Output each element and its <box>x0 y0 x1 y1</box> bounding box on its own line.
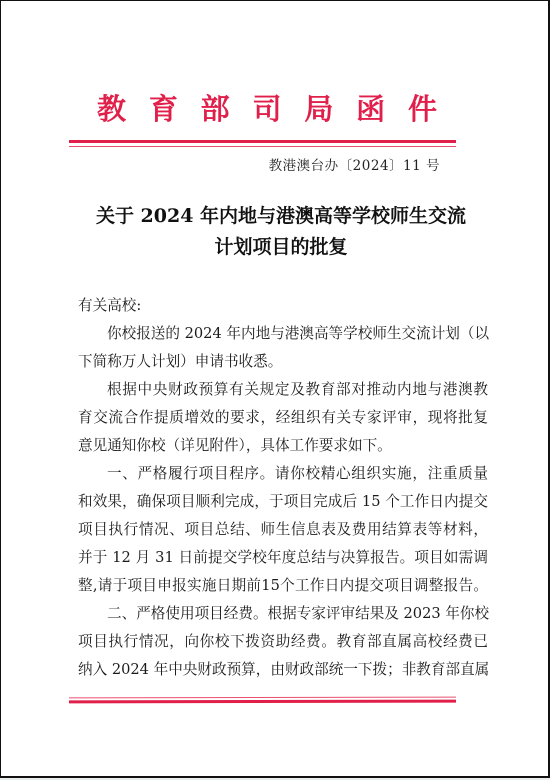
document-body: 有关高校: 你校报送的 2024 年内地与港澳高等学校师生交流计划（以 下简称万… <box>78 292 488 684</box>
document-page: 教 育 部 司 局 函 件 教港澳台办〔2024〕11 号 关于 2024 年内… <box>0 0 550 778</box>
body-line: 项目执行情况、项目总结、师生信息表及费用结算表等材料， <box>78 516 488 544</box>
title-line-1: 关于 2024 年内地与港澳高等学校师生交流 <box>61 201 501 232</box>
letterhead-char: 局 <box>304 91 333 127</box>
paragraph-3: 一、严格履行项目程序。请你校精心组织实施，注重质量 和效果，确保项目顺利完成，于… <box>78 460 488 600</box>
body-line: 一、严格履行项目程序。请你校精心组织实施，注重质量 <box>78 460 488 488</box>
paragraph-1: 你校报送的 2024 年内地与港澳高等学校师生交流计划（以 下简称万人计划）申请… <box>78 320 488 376</box>
footer-rule-thin <box>69 697 456 699</box>
header-rule-thick <box>69 140 456 143</box>
title-line-2: 计划项目的批复 <box>61 232 501 263</box>
footer-rule-thick <box>69 700 456 704</box>
body-line: 项目执行情况，向你校下拨资助经费。教育部直属高校经费已 <box>78 628 488 656</box>
document-number: 教港澳台办〔2024〕11 号 <box>269 156 440 176</box>
body-line: 下简称万人计划）申请书收悉。 <box>78 348 488 376</box>
body-line: 二、严格使用项目经费。根据专家评审结果及 2023 年你校 <box>78 600 488 628</box>
letterhead-char: 教 <box>97 91 126 127</box>
letterhead-char: 函 <box>356 91 385 127</box>
paragraph-4: 二、严格使用项目经费。根据专家评审结果及 2023 年你校 项目执行情况，向你校… <box>78 600 488 684</box>
salutation: 有关高校: <box>78 292 488 320</box>
document-title: 关于 2024 年内地与港澳高等学校师生交流 计划项目的批复 <box>61 201 501 263</box>
letterhead-char: 部 <box>201 91 230 127</box>
body-line: 并于 12 月 31 日前提交学校年度总结与决算报告。项目如需调 <box>78 544 488 572</box>
letterhead-char: 育 <box>149 91 178 127</box>
body-line: 育交流合作提质增效的要求，经组织有关专家评审，现将批复 <box>78 404 488 432</box>
body-line: 你校报送的 2024 年内地与港澳高等学校师生交流计划（以 <box>78 320 488 348</box>
paragraph-2: 根据中央财政预算有关规定及教育部对推动内地与港澳教 育交流合作提质增效的要求，经… <box>78 376 488 460</box>
header-rule-thin <box>69 146 456 147</box>
body-line: 整,请于项目申报实施日期前15个工作日内提交项目调整报告。 <box>78 572 488 600</box>
body-line: 意见通知你校（详见附件），具体工作要求如下。 <box>78 432 488 460</box>
body-line: 和效果，确保项目顺利完成，于项目完成后 15 个工作日内提交 <box>78 488 488 516</box>
body-line: 纳入 2024 年中央财政预算，由财政部统一下拨；非教育部直属 <box>78 656 488 684</box>
letterhead-title: 教 育 部 司 局 函 件 <box>97 91 437 127</box>
letterhead-char: 件 <box>408 91 437 127</box>
letterhead-char: 司 <box>252 91 281 127</box>
body-line: 根据中央财政预算有关规定及教育部对推动内地与港澳教 <box>78 376 488 404</box>
